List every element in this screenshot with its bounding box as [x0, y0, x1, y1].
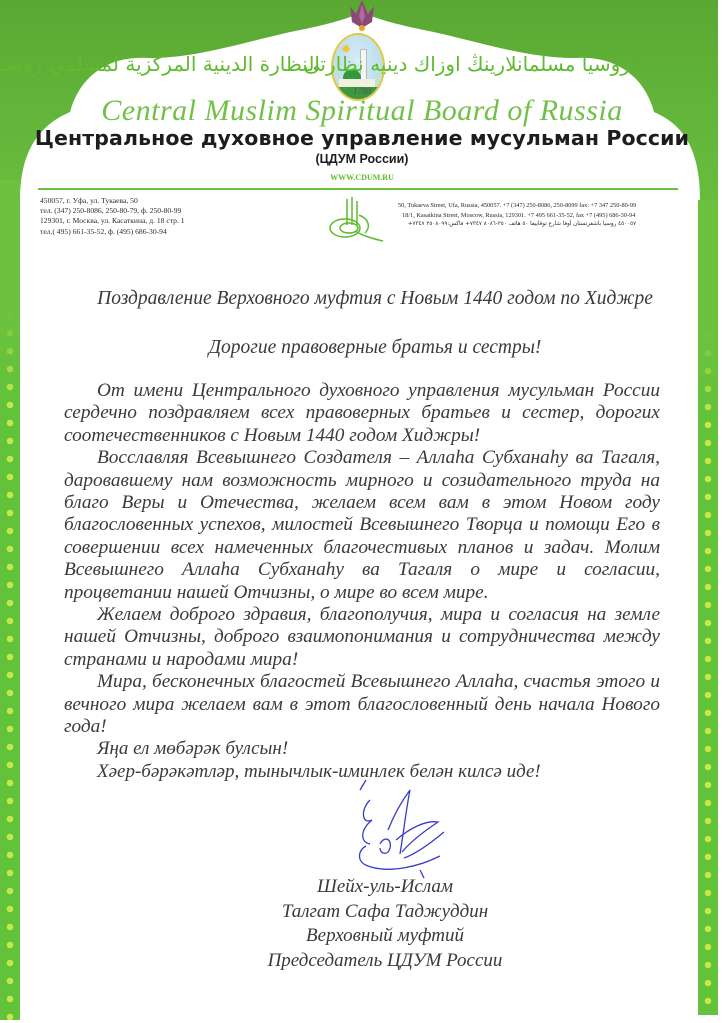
page-edge [718, 0, 724, 1023]
organization-abbreviation: (ЦДУМ России) [262, 152, 462, 166]
right-border-fade [698, 200, 718, 420]
tughra-icon [325, 195, 385, 245]
website-link[interactable]: WWW.CDUM.RU [300, 173, 424, 182]
address-international: 50, Tukaeva Street, Ufa, Russia, 450057.… [398, 201, 636, 230]
arabic-title-left: النظارة الدينية المركزية لمسلمي روسيا [100, 52, 320, 76]
signatory-honorific: Шейх-уль-Ислам [240, 875, 530, 900]
address-line-arabic: ٤٥٠٠٥٧ روسيا باشقرتستان أوفا شارع توقايي… [398, 220, 636, 230]
letter-headline: Поздравление Верховного муфтия с Новым 1… [90, 288, 660, 310]
address-line: 50, Tukaeva Street, Ufa, Russia, 450057.… [398, 201, 636, 211]
russian-title: Центральное духовное управление мусульма… [30, 126, 694, 150]
paragraph: Мира, бесконечных благостей Всевышнего А… [64, 671, 660, 738]
arabic-title-right: روسيا مسلمانلارينڭ اوزاك دينيه نظارتى [395, 52, 630, 76]
address-russian: 450057, г. Уфа, ул. Тукаева, 50 тел. (34… [40, 196, 185, 237]
address-line: 129301, г. Москва, ул. Касаткина, д. 18 … [40, 216, 185, 226]
signatory-name: Талгат Сафа Таджуддин [240, 900, 530, 925]
closing-line: Яңа ел мөбәрәк булсын! [97, 738, 541, 761]
letter-page: ✸ النظارة الدينية المركزية لمسلمي روسيا … [0, 0, 724, 1023]
paragraph: От имени Центрального духовного управлен… [64, 380, 660, 447]
letter-greeting: Дорогие правоверные братья и сестры! [90, 337, 660, 359]
signatory-role: Председатель ЦДУМ России [240, 949, 530, 974]
signatory-block: Шейх-уль-Ислам Талгат Сафа Таджуддин Вер… [240, 875, 530, 973]
address-line: тел. (347) 250-8086, 250-80-79, ф. 250-8… [40, 206, 185, 216]
signature-icon [300, 770, 470, 880]
letter-body: От имени Центрального духовного управлен… [64, 380, 660, 739]
paragraph: Желаем доброго здравия, благополучия, ми… [64, 604, 660, 671]
address-line: 450057, г. Уфа, ул. Тукаева, 50 [40, 196, 185, 206]
signatory-position: Верховный муфтий [240, 924, 530, 949]
left-border-fade [0, 180, 20, 400]
header-divider [38, 188, 678, 190]
finial-icon [340, 0, 384, 34]
paragraph: Восславляя Всевышнего Создателя – Аллаһа… [64, 447, 660, 604]
address-line: тел.( 495) 661-35-52, ф. (495) 686-30-94 [40, 227, 185, 237]
english-title: Central Muslim Spiritual Board of Russia [60, 94, 664, 128]
address-line: 18/1, Kasatkina Street, Moscow, Russia, … [398, 211, 636, 221]
